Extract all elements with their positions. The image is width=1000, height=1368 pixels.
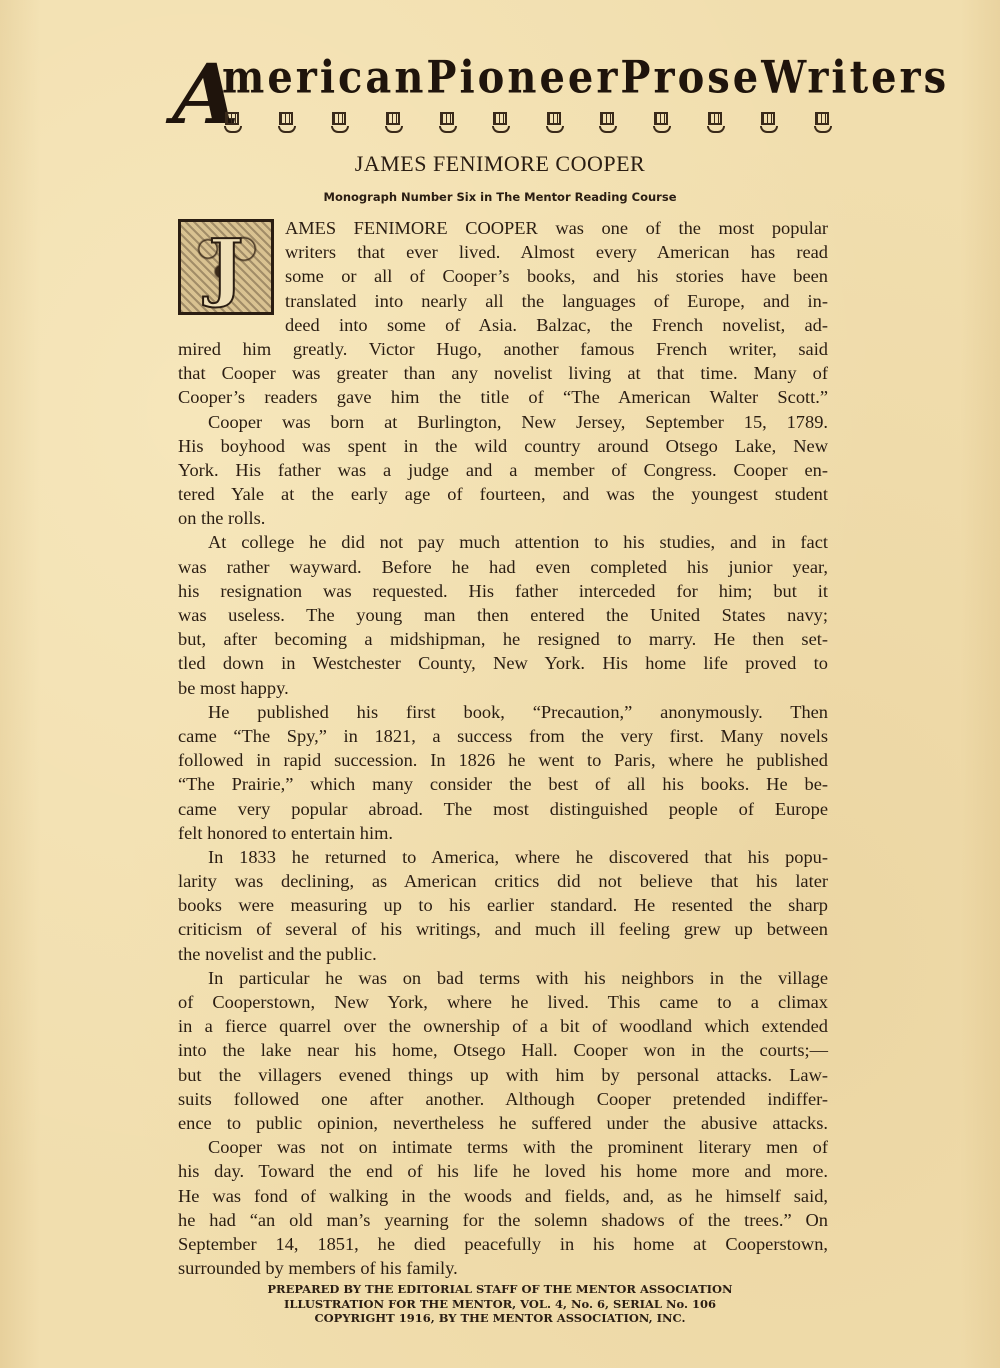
title-word: Pioneer xyxy=(426,53,620,102)
text-line: came very popular abroad. The most disti… xyxy=(178,797,828,821)
text-line: September 14, 1851, he died peacefully i… xyxy=(178,1232,828,1256)
text-line: writers that ever lived. Almost every Am… xyxy=(178,240,828,264)
text-line: suits followed one after another. Althou… xyxy=(178,1087,828,1111)
title-word: Prose xyxy=(620,53,761,102)
subject-heading: JAMES FENIMORE COOPER xyxy=(0,151,1000,177)
book-ornament-icon xyxy=(653,112,671,134)
text-line: ence to public opinion, nevertheless he … xyxy=(178,1111,828,1135)
text-line: He was fond of walking in the woods and … xyxy=(178,1184,828,1208)
text-line: mired him greatly. Victor Hugo, another … xyxy=(178,337,828,361)
book-ornament-icon xyxy=(224,112,242,134)
paragraph: AMES FENIMORE COOPER was one of the most… xyxy=(178,216,828,410)
title-word: merican xyxy=(222,53,426,102)
text-line: larity was declining, as American critic… xyxy=(178,869,828,893)
text-line: of Cooperstown, New York, where he lived… xyxy=(178,990,828,1014)
ornament-row xyxy=(224,112,832,134)
title-words: merican Pioneer Prose Writers xyxy=(222,56,842,100)
footer-line: PREPARED BY THE EDITORIAL STAFF OF THE M… xyxy=(0,1282,1000,1297)
book-ornament-icon xyxy=(331,112,349,134)
text-line: “The Prairie,” which many consider the b… xyxy=(178,772,828,796)
text-line: the novelist and the public. xyxy=(178,942,828,966)
text-line: Cooper was born at Burlington, New Jerse… xyxy=(178,410,828,434)
text-line: books were measuring up to his earlier s… xyxy=(178,893,828,917)
text-line: some or all of Cooper’s books, and his s… xyxy=(178,264,828,288)
text-line: AMES FENIMORE COOPER was one of the most… xyxy=(178,216,828,240)
paragraph: Cooper was not on intimate terms with th… xyxy=(178,1135,828,1280)
text-line: felt honored to entertain him. xyxy=(178,821,828,845)
title-word: Writers xyxy=(761,53,949,102)
footer-line: COPYRIGHT 1916, BY THE MENTOR ASSOCIATIO… xyxy=(0,1311,1000,1326)
text-line: deed into some of Asia. Balzac, the Fren… xyxy=(178,313,828,337)
text-line: In particular he was on bad terms with h… xyxy=(178,966,828,990)
text-line: on the rolls. xyxy=(178,506,828,530)
text-line: but the villagers evened things up with … xyxy=(178,1063,828,1087)
series-title: A merican Pioneer Prose Writers xyxy=(172,44,838,144)
text-line: into the lake near his home, Otsego Hall… xyxy=(178,1038,828,1062)
book-ornament-icon xyxy=(814,112,832,134)
text-line: translated into nearly all the languages… xyxy=(178,289,828,313)
paragraph: He published his first book, “Precaution… xyxy=(178,700,828,845)
text-line: At college he did not pay much attention… xyxy=(178,530,828,554)
text-line: tered Yale at the early age of fourteen,… xyxy=(178,482,828,506)
text-line: He published his first book, “Precaution… xyxy=(178,700,828,724)
book-ornament-icon xyxy=(278,112,296,134)
book-ornament-icon xyxy=(707,112,725,134)
text-line: tled down in Westchester County, New Yor… xyxy=(178,651,828,675)
text-line: criticism of several of his writings, an… xyxy=(178,917,828,941)
book-ornament-icon xyxy=(385,112,403,134)
book-ornament-icon xyxy=(439,112,457,134)
credits-footer: PREPARED BY THE EDITORIAL STAFF OF THE M… xyxy=(0,1282,1000,1326)
text-line: his resignation was requested. His fathe… xyxy=(178,579,828,603)
text-line: Cooper’s readers gave him the title of “… xyxy=(178,385,828,409)
text-line: in a fierce quarrel over the ownership o… xyxy=(178,1014,828,1038)
paragraph: In particular he was on bad terms with h… xyxy=(178,966,828,1135)
article-body: J AMES FENIMORE COOPER was one of the mo… xyxy=(178,216,828,1280)
text-line: was rather wayward. Before he had even c… xyxy=(178,555,828,579)
paragraph: Cooper was born at Burlington, New Jerse… xyxy=(178,410,828,531)
paragraph: At college he did not pay much attention… xyxy=(178,530,828,699)
text-line: came “The Spy,” in 1821, a success from … xyxy=(178,724,828,748)
text-line: but, after becoming a midshipman, he res… xyxy=(178,627,828,651)
paragraph: In 1833 he returned to America, where he… xyxy=(178,845,828,966)
book-ornament-icon xyxy=(760,112,778,134)
dropcap-letter: J xyxy=(208,230,243,304)
monograph-subtitle: Monograph Number Six in The Mentor Readi… xyxy=(0,190,1000,204)
book-ornament-icon xyxy=(492,112,510,134)
text-line: Cooper was not on intimate terms with th… xyxy=(178,1135,828,1159)
text-line: that Cooper was greater than any novelis… xyxy=(178,361,828,385)
book-ornament-icon xyxy=(599,112,617,134)
text-line: be most happy. xyxy=(178,676,828,700)
text-line: His boyhood was spent in the wild countr… xyxy=(178,434,828,458)
text-line: In 1833 he returned to America, where he… xyxy=(178,845,828,869)
text-line: surrounded by members of his family. xyxy=(178,1256,828,1280)
text-line: York. His father was a judge and a membe… xyxy=(178,458,828,482)
book-ornament-icon xyxy=(546,112,564,134)
text-line: was useless. The young man then entered … xyxy=(178,603,828,627)
text-line: followed in rapid succession. In 1826 he… xyxy=(178,748,828,772)
text-line: he had “an old man’s yearning for the so… xyxy=(178,1208,828,1232)
footer-line: ILLUSTRATION FOR THE MENTOR, VOL. 4, No.… xyxy=(0,1297,1000,1312)
illuminated-initial-icon: J xyxy=(178,219,274,315)
text-line: his day. Toward the end of his life he l… xyxy=(178,1159,828,1183)
document-page: A merican Pioneer Prose Writers JAMES FE… xyxy=(0,0,1000,1368)
